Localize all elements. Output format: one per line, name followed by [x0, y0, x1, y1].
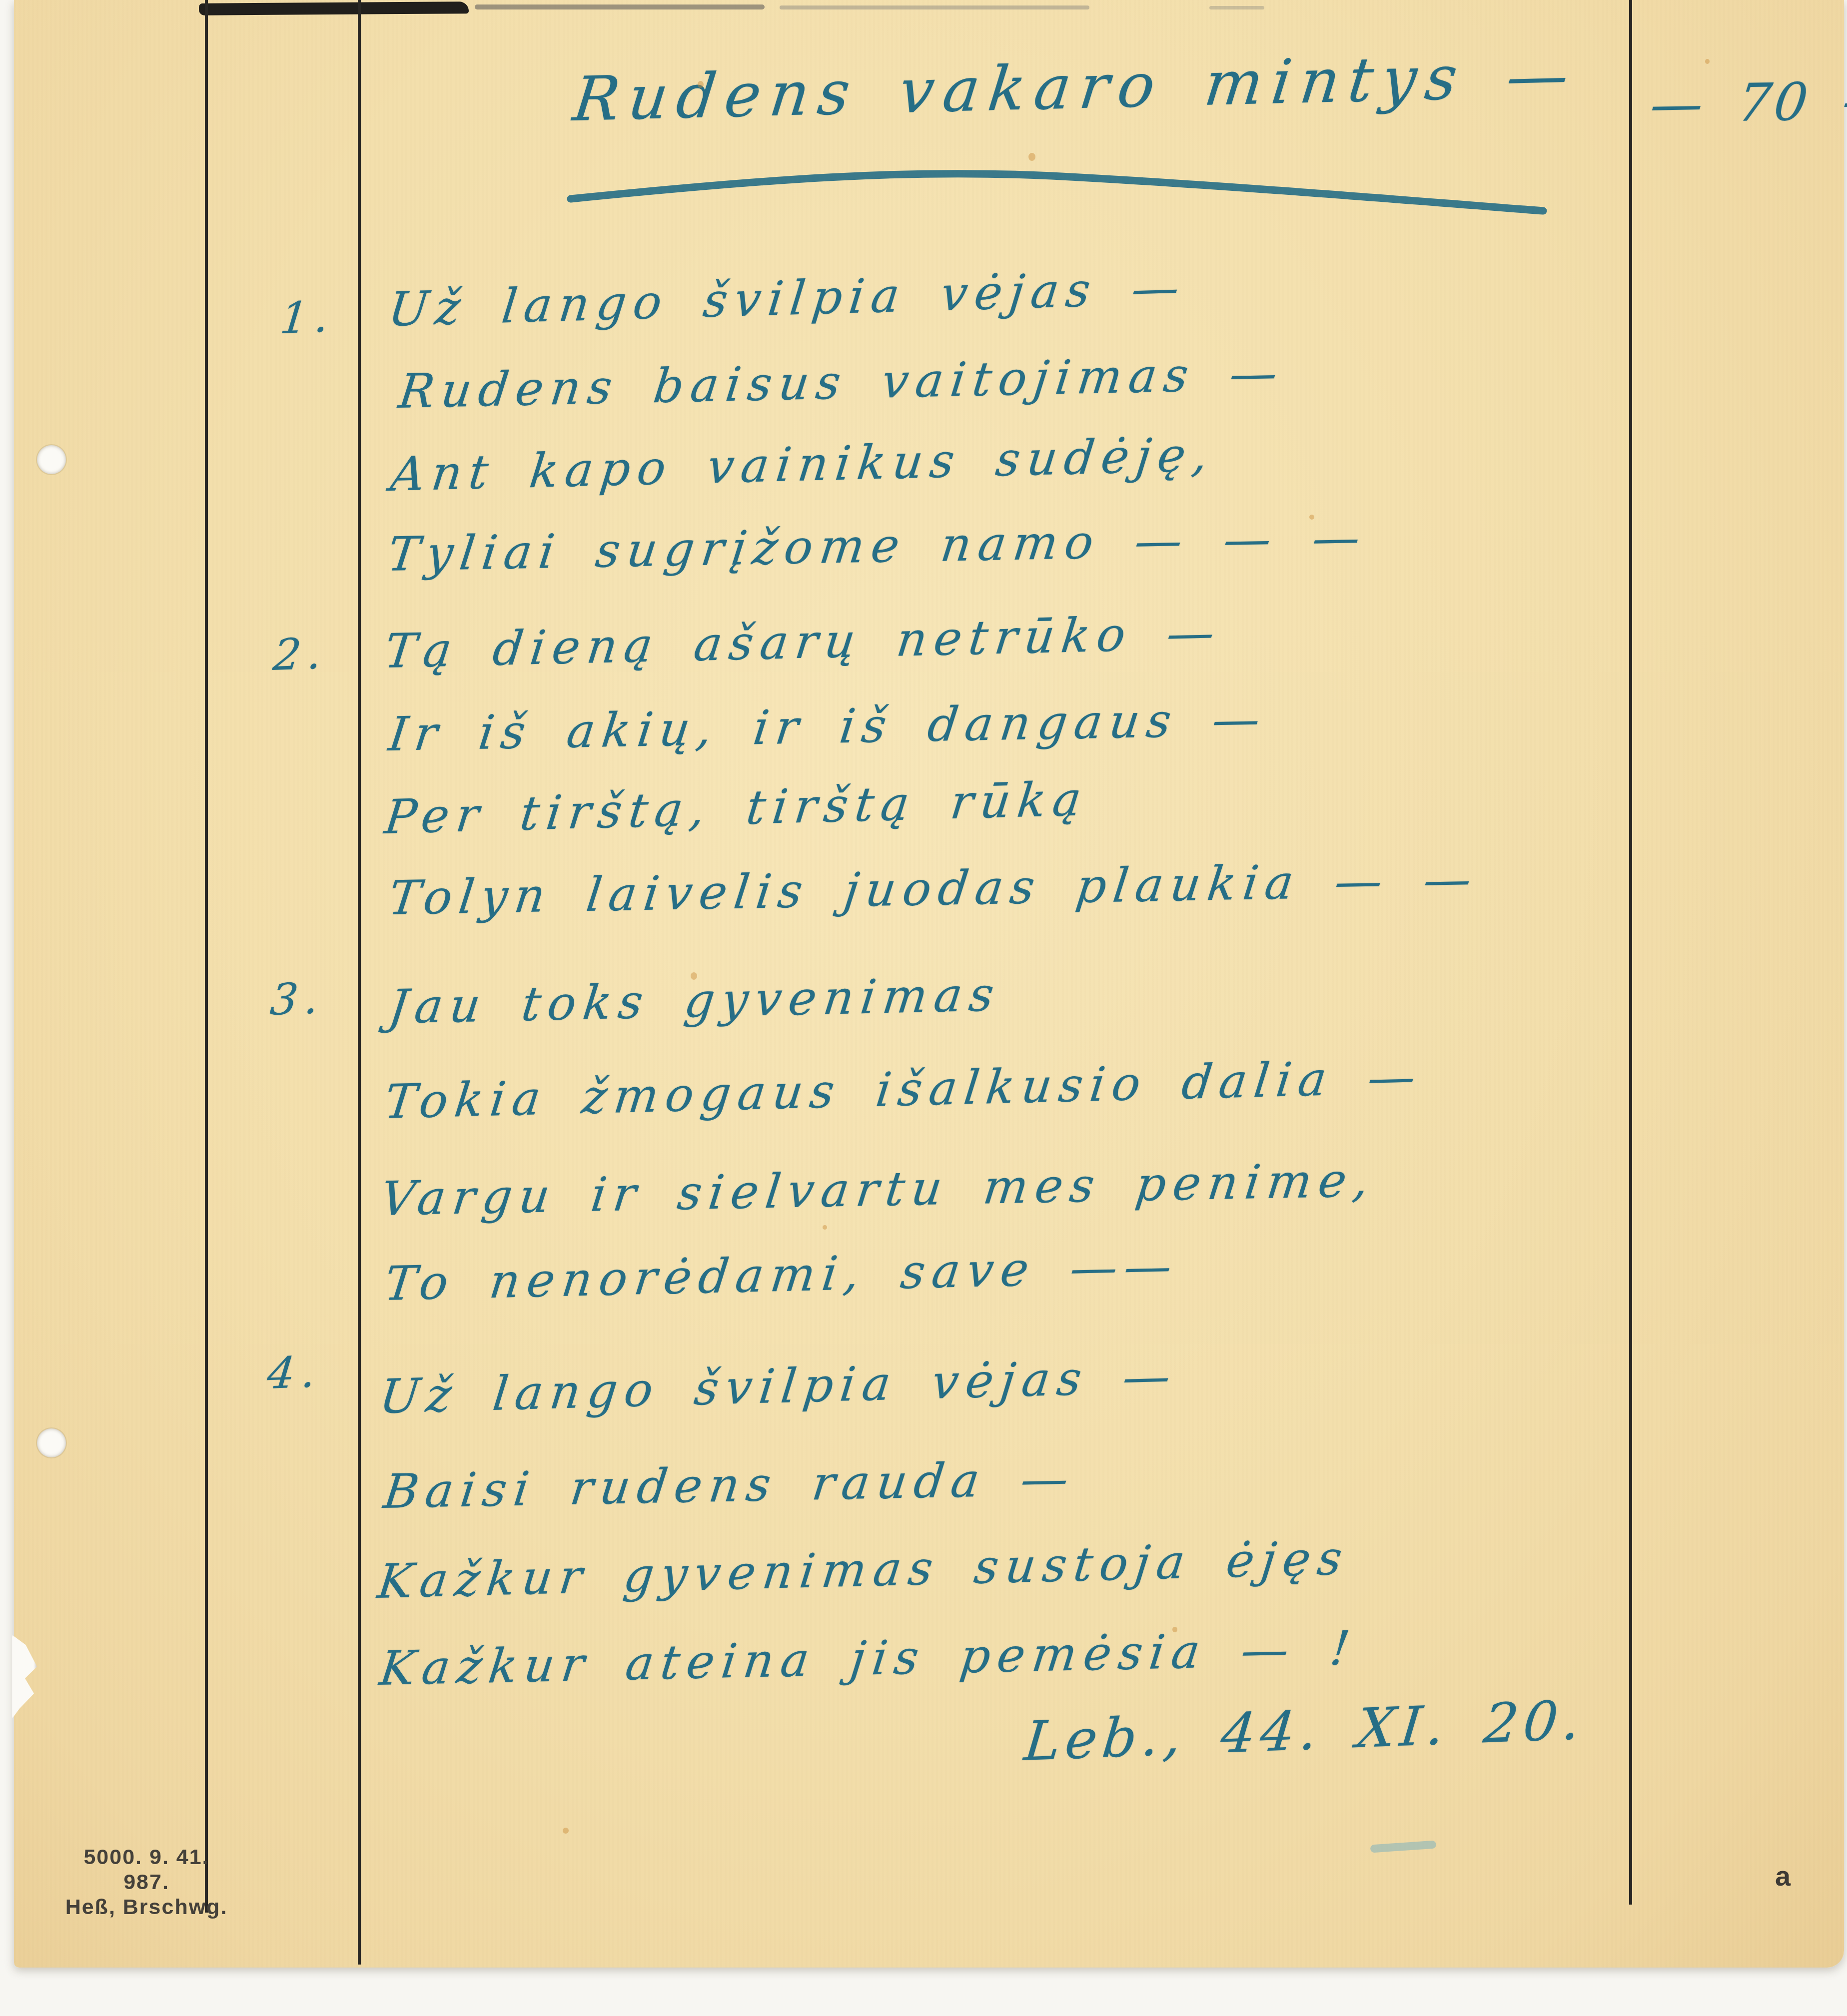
age-spot: [563, 1828, 569, 1834]
stanza-number: 4.: [265, 1347, 325, 1399]
imprint-line: 987.: [64, 1870, 229, 1895]
age-spot: [1309, 515, 1314, 520]
age-spot: [691, 972, 697, 980]
age-spot: [1028, 153, 1035, 161]
scan-edge-artifact: [199, 1, 469, 15]
corner-letter-mark: a: [1775, 1860, 1791, 1892]
punch-hole-top: [37, 445, 66, 474]
title-underline: [560, 148, 1599, 223]
printer-imprint: 5000. 9. 41. 987. Heß, Brschwg.: [64, 1845, 229, 1920]
age-spot: [1172, 1627, 1177, 1632]
page-number: — 70 —: [1647, 69, 1847, 135]
imprint-line: Heß, Brschwg.: [64, 1895, 229, 1920]
left-margin-rule-outer: [205, 0, 208, 1913]
age-spot: [823, 1225, 827, 1230]
scan-edge-artifact: [475, 4, 765, 9]
age-spot: [1705, 59, 1710, 64]
stanza-number: 1.: [278, 292, 338, 344]
right-margin-rule: [1629, 0, 1632, 1905]
stanza-number: 3.: [268, 973, 328, 1025]
punch-hole-bottom: [37, 1428, 66, 1457]
imprint-line: 5000. 9. 41.: [64, 1845, 229, 1870]
scan-edge-artifact: [780, 5, 1089, 9]
scanned-manuscript-page: Rudens vakaro mintys — — 70 — 1. Už lang…: [0, 0, 1847, 2016]
scan-edge-artifact: [1209, 6, 1264, 9]
left-margin-rule-inner: [358, 0, 361, 1965]
stanza-number: 2.: [271, 629, 331, 680]
age-spot: [698, 81, 704, 88]
